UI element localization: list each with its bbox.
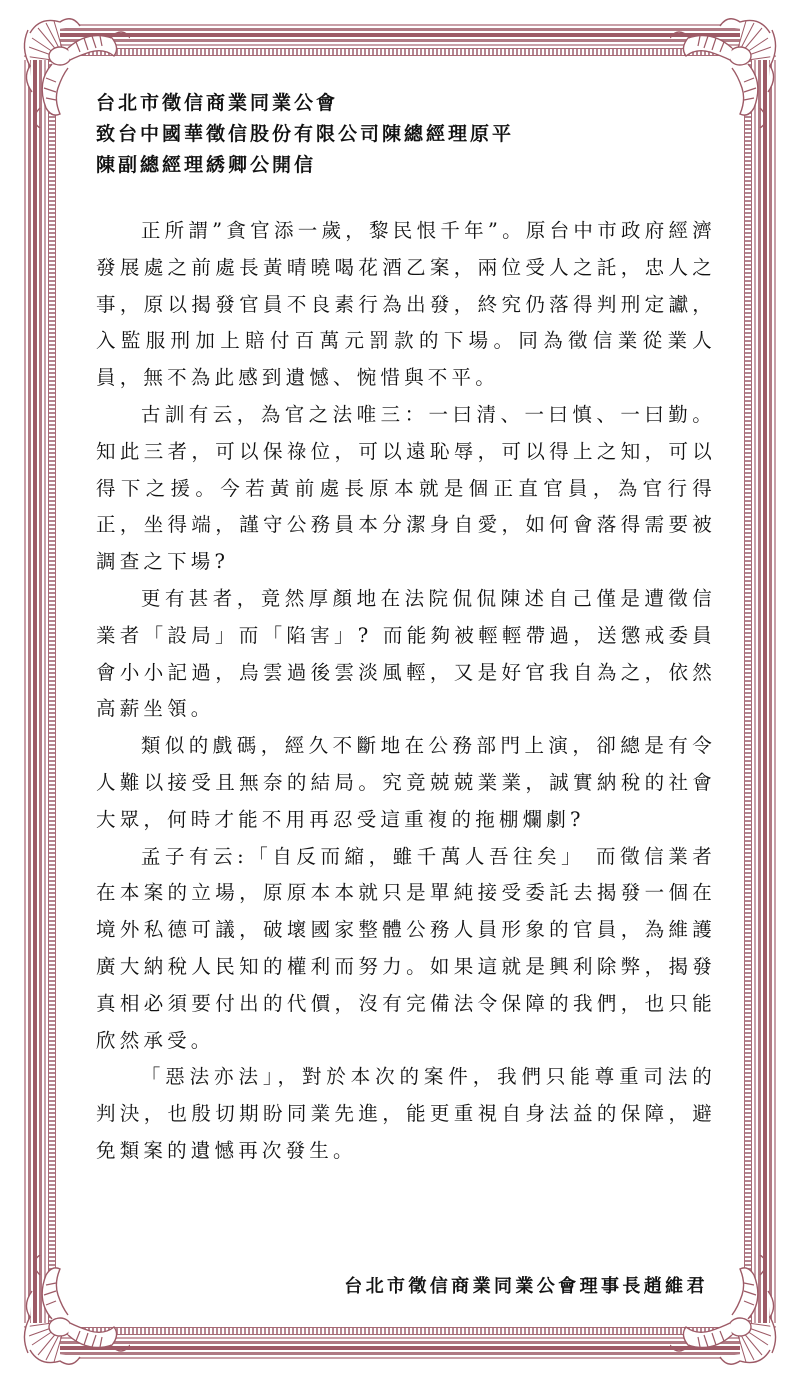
- border-left-band: [22, 60, 56, 1323]
- paragraph: 更有甚者，竟然厚顏地在法院侃侃陳述自己僅是遭徵信業者「設局」而「陷害」? 而能夠…: [96, 581, 716, 728]
- heading-line-subject: 陳副總經理綉卿公開信: [96, 150, 716, 181]
- letter-body: 正所謂”貪官添一歲，黎民恨千年”。原台中市政府經濟發展處之前處長黃晴曉喝花酒乙案…: [96, 213, 716, 1170]
- paragraph: 類似的戲碼，經久不斷地在公務部門上演，卻總是有令人難以接受且無奈的結局。究竟兢兢…: [96, 728, 716, 838]
- border-bottom-band: [60, 1327, 740, 1361]
- letter-heading: 台北市徵信商業同業公會 致台中國華徵信股份有限公司陳總經理原平 陳副總經理綉卿公…: [96, 88, 716, 181]
- heading-line-recipient: 致台中國華徵信股份有限公司陳總經理原平: [96, 119, 716, 150]
- border-top-band: [60, 22, 740, 56]
- letter-content: 台北市徵信商業同業公會 致台中國華徵信股份有限公司陳總經理原平 陳副總經理綉卿公…: [96, 88, 716, 1170]
- ornament-corner-icon: [10, 1255, 130, 1375]
- paragraph: 正所謂”貪官添一歲，黎民恨千年”。原台中市政府經濟發展處之前處長黃晴曉喝花酒乙案…: [96, 213, 716, 397]
- signature-line: 台北市徵信商業同業公會理事長趙維君: [344, 1272, 708, 1298]
- paragraph: 孟子有云:「自反而縮，雖千萬人吾往矣」 而徵信業者在本案的立場，原原本本就只是單…: [96, 839, 716, 1060]
- heading-line-sender: 台北市徵信商業同業公會: [96, 88, 716, 119]
- border-right-band: [744, 60, 778, 1323]
- paragraph: 古訓有云，為官之法唯三：一曰清、一曰慎、一曰勤。知此三者，可以保祿位，可以遠恥辱…: [96, 397, 716, 581]
- paragraph: 「惡法亦法」，對於本次的案件，我們只能尊重司法的判決，也殷切期盼同業先進，能更重…: [96, 1059, 716, 1169]
